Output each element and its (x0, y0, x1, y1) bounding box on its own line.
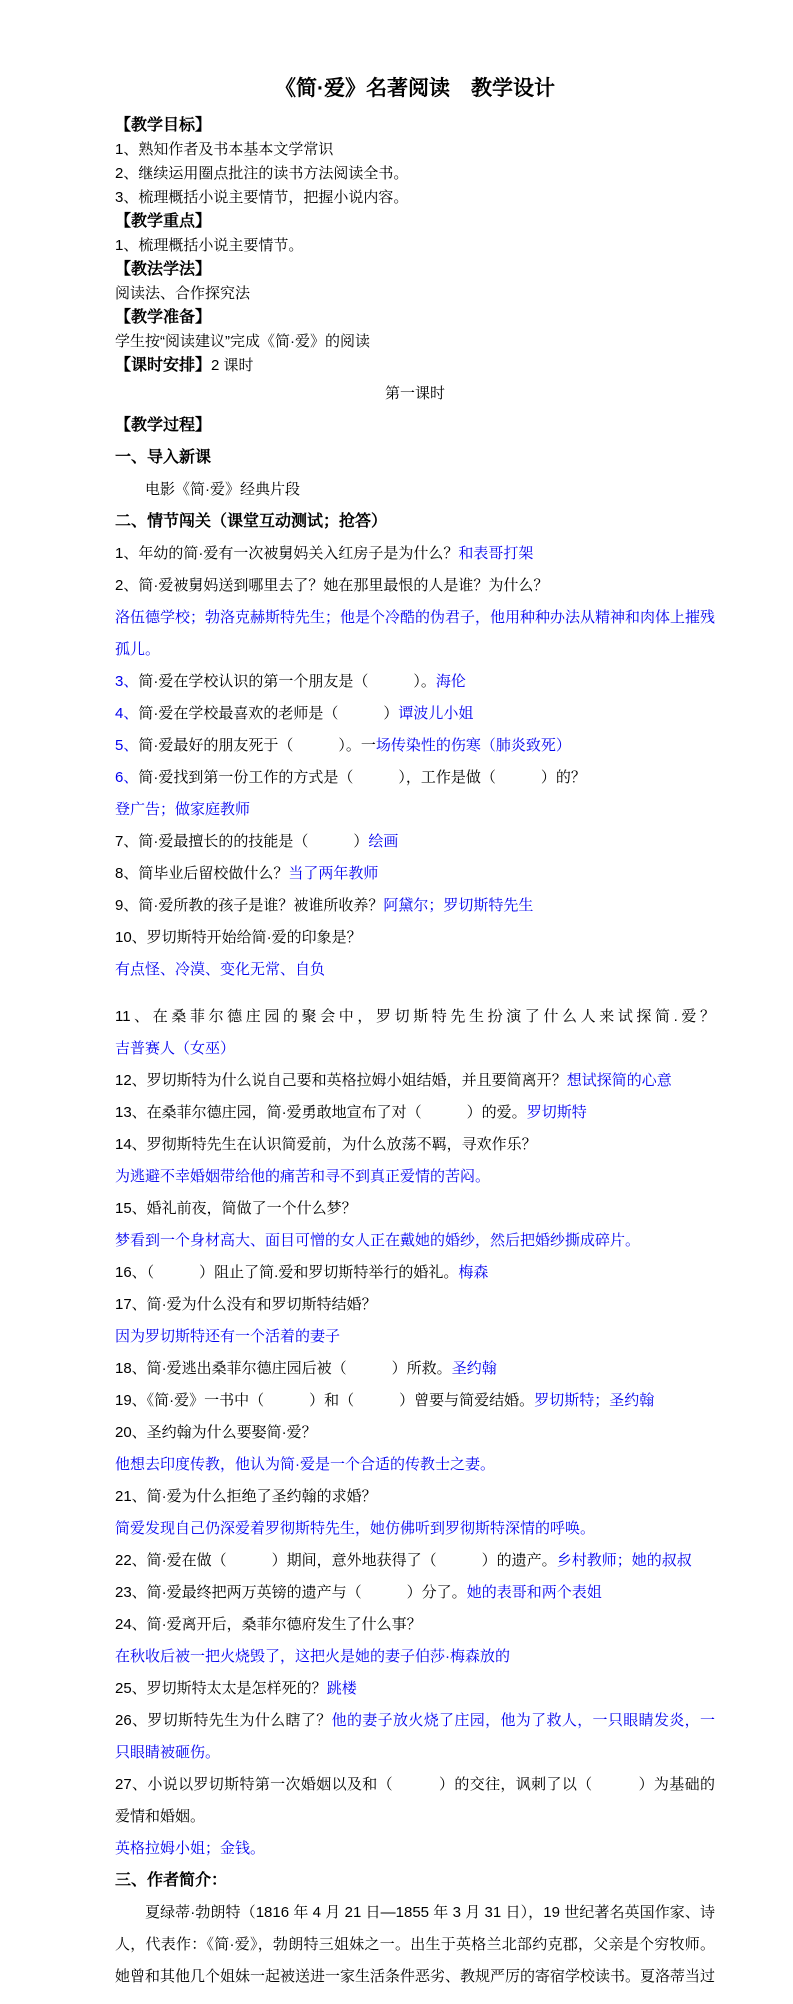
body-text: 23、简·爱最终把两万英镑的遗产与（ ）分了。 (115, 1584, 467, 1601)
author-intro-paragraph: 夏绿蒂·勃朗特（1816 年 4 月 21 日—1855 年 3 月 31 日）… (115, 1897, 715, 1993)
answer-text: 她的表哥和两个表姐 (467, 1584, 602, 1601)
body-text: 13、在桑菲尔德庄园，简·爱勇敢地宣布了对（ ）的爱。 (115, 1104, 527, 1121)
heading-teaching-preparation: 【教学准备】 (115, 306, 715, 330)
preparation-text: 学生按“阅读建议”完成《简·爱》的阅读 (115, 330, 715, 354)
body-text: 第一课时 (385, 385, 445, 402)
body-text: 简·爱最好的朋友死于（ ）。一 (138, 737, 376, 754)
body-text: 简·爱找到第一份工作的方式是（ ），工作是做（ ）的？ (138, 769, 586, 786)
answer-text: 罗切斯特 (527, 1104, 587, 1121)
answer-text: 罗切斯特；圣约翰 (534, 1392, 654, 1409)
answer-question-20: 他想去印度传教，他认为简·爱是一个合适的传教士之妻。 (115, 1449, 715, 1481)
body-text: 17、简·爱为什么没有和罗切斯特结婚？ (115, 1296, 377, 1313)
answer-text: 乡村教师；她的叔叔 (557, 1552, 692, 1569)
answer-text: 6、 (115, 769, 138, 786)
body-text: 2、简·爱被舅妈送到哪里去了？她在那里最恨的人是谁？为什么？ (115, 577, 548, 594)
objective-item-3: 3、梳理概括小说主要情节，把握小说内容。 (115, 186, 715, 210)
answer-text: 想试探简的心意 (567, 1072, 672, 1089)
answer-question-17: 因为罗切斯特还有一个活着的妻子 (115, 1321, 715, 1353)
body-text: 3、梳理概括小说主要情节，把握小说内容。 (115, 189, 408, 206)
answer-text: 阿黛尔；罗切斯特先生 (383, 897, 533, 914)
body-text: 1、年幼的简·爱有一次被舅妈关入红房子是为什么？ (115, 545, 458, 562)
answer-text: 场传染性的伤寒（肺炎致死） (376, 737, 571, 754)
answer-text: 梦看到一个身材高大、面目可憎的女人正在戴她的婚纱，然后把婚纱撕成碎片。 (115, 1232, 640, 1249)
question-11: 11、在桑菲尔德庄园的聚会中，罗切斯特先生扮演了什么人来试探简.爱？吉普赛人（女… (115, 1001, 715, 1065)
methods-text: 阅读法、合作探究法 (115, 282, 715, 306)
question-15: 15、婚礼前夜，简做了一个什么梦？ (115, 1193, 715, 1225)
question-6: 6、简·爱找到第一份工作的方式是（ ），工作是做（ ）的？ (115, 762, 715, 794)
body-text: 15、婚礼前夜，简做了一个什么梦？ (115, 1200, 357, 1217)
answer-text: 5、 (115, 737, 138, 754)
answer-text: 为逃避不幸婚姻带给他的痛苦和寻不到真正爱情的苦闷。 (115, 1168, 490, 1185)
answer-text: 圣约翰 (452, 1360, 497, 1377)
body-text: 19、《简·爱》一书中（ ）和（ ）曾要与简爱结婚。 (115, 1392, 534, 1409)
question-5: 5、简·爱最好的朋友死于（ ）。一场传染性的伤寒（肺炎致死） (115, 730, 715, 762)
answer-text: 登广告；做家庭教师 (115, 801, 250, 818)
answer-text: 海伦 (436, 673, 466, 690)
answer-text: 和表哥打架 (458, 545, 533, 562)
body-text: 三、作者简介： (115, 1872, 227, 1889)
answer-text: 3、 (115, 673, 138, 690)
question-8: 8、简毕业后留校做什么？当了两年教师 (115, 858, 715, 890)
body-text: 14、罗彻斯特先生在认识简爱前，为什么放荡不羁，寻欢作乐？ (115, 1136, 537, 1153)
question-10: 10、罗切斯特开始给简·爱的印象是？ (115, 922, 715, 954)
body-text: 学生按“阅读建议”完成《简·爱》的阅读 (115, 333, 370, 350)
heading-part-3-author-intro: 三、作者简介： (115, 1865, 715, 1897)
question-18: 18、简·爱逃出桑菲尔德庄园后被（ ）所救。圣约翰 (115, 1353, 715, 1385)
body-text: 简·爱在学校最喜欢的老师是（ ） (138, 705, 398, 722)
body-text: 【教学过程】 (115, 417, 211, 434)
body-text: 9、简·爱所教的孩子是谁？被谁所收养？ (115, 897, 383, 914)
answer-text: 梅森 (458, 1264, 488, 1281)
heading-teaching-objectives: 【教学目标】 (115, 114, 715, 138)
body-text: 21、简·爱为什么拒绝了圣约翰的求婚？ (115, 1488, 377, 1505)
heading-teaching-methods: 【教法学法】 (115, 258, 715, 282)
body-text: 2 课时 (211, 357, 254, 374)
question-9: 9、简·爱所教的孩子是谁？被谁所收养？阿黛尔；罗切斯特先生 (115, 890, 715, 922)
heading-part-2-plot-quiz: 二、情节闯关（课堂互动测试；抢答） (115, 506, 715, 538)
question-26: 26、罗切斯特先生为什么瞎了？他的妻子放火烧了庄园，他为了救人，一只眼睛发炎，一… (115, 1705, 715, 1769)
body-text: 10、罗切斯特开始给简·爱的印象是？ (115, 929, 362, 946)
body-text: 简·爱在学校认识的第一个朋友是（ ）。 (138, 673, 436, 690)
question-27: 27、小说以罗切斯特第一次婚姻以及和（ ）的交往，讽刺了以（ ）为基础的爱情和婚… (115, 1769, 715, 1833)
body-text: 12、罗切斯特为什么说自己要和英格拉姆小姐结婚，并且要简离开？ (115, 1072, 567, 1089)
body-text: 16、（ ）阻止了简.爱和罗切斯特举行的婚礼。 (115, 1264, 458, 1281)
question-14: 14、罗彻斯特先生在认识简爱前，为什么放荡不羁，寻欢作乐？ (115, 1129, 715, 1161)
body-text: 【课时安排】 (115, 357, 211, 374)
body-text: 8、简毕业后留校做什么？ (115, 865, 288, 882)
body-text: 二、情节闯关（课堂互动测试；抢答） (115, 513, 387, 530)
document-page: 《简·爱》名著阅读 教学设计 【教学目标】1、熟知作者及书本基本文学常识2、继续… (0, 0, 793, 2004)
body-text: 18、简·爱逃出桑菲尔德庄园后被（ ）所救。 (115, 1360, 452, 1377)
body-text: 2、继续运用圈点批注的读书方法阅读全书。 (115, 165, 408, 182)
body-text: 26、罗切斯特先生为什么瞎了？ (115, 1712, 332, 1729)
body-text: 24、简·爱离开后，桑菲尔德府发生了什么事？ (115, 1616, 422, 1633)
question-24: 24、简·爱离开后，桑菲尔德府发生了什么事？ (115, 1609, 715, 1641)
question-20: 20、圣约翰为什么要娶简·爱？ (115, 1417, 715, 1449)
body-text: 【教学目标】 (115, 117, 211, 134)
question-12: 12、罗切斯特为什么说自己要和英格拉姆小姐结婚，并且要简离开？想试探简的心意 (115, 1065, 715, 1097)
body-text: 【教法学法】 (115, 261, 211, 278)
answer-text: 英格拉姆小姐；金钱。 (115, 1840, 265, 1857)
answer-text: 洛伍德学校；勃洛克赫斯特先生；他是个冷酷的伪君子，他用种种办法从精神和肉体上摧残… (115, 609, 715, 658)
answer-text: 在秋收后被一把火烧毁了，这把火是她的妻子伯莎·梅森放的 (115, 1648, 510, 1665)
answer-text: 有点怪、冷漠、变化无常、自负 (115, 961, 325, 978)
key-point-item-1: 1、梳理概括小说主要情节。 (115, 234, 715, 258)
answer-question-15: 梦看到一个身材高大、面目可憎的女人正在戴她的婚纱，然后把婚纱撕成碎片。 (115, 1225, 715, 1257)
answer-question-24: 在秋收后被一把火烧毁了，这把火是她的妻子伯莎·梅森放的 (115, 1641, 715, 1673)
answer-text: 谭波儿小姐 (398, 705, 473, 722)
question-1: 1、年幼的简·爱有一次被舅妈关入红房子是为什么？和表哥打架 (115, 538, 715, 570)
question-21: 21、简·爱为什么拒绝了圣约翰的求婚？ (115, 1481, 715, 1513)
question-2: 2、简·爱被舅妈送到哪里去了？她在那里最恨的人是谁？为什么？ (115, 570, 715, 602)
body-text: 电影《简·爱》经典片段 (145, 481, 300, 498)
answer-question-10: 有点怪、冷漠、变化无常、自负 (115, 954, 715, 986)
answer-text: 当了两年教师 (288, 865, 378, 882)
answer-question-14: 为逃避不幸婚姻带给他的痛苦和寻不到真正爱情的苦闷。 (115, 1161, 715, 1193)
answer-text: 跳楼 (327, 1680, 357, 1697)
body-text: 11、在桑菲尔德庄园的聚会中，罗切斯特先生扮演了什么人来试探简.爱？ (115, 1008, 715, 1025)
body-text: 22、简·爱在做（ ）期间，意外地获得了（ ）的遗产。 (115, 1552, 557, 1569)
body-text: 1、熟知作者及书本基本文学常识 (115, 141, 333, 158)
body-text: 阅读法、合作探究法 (115, 285, 250, 302)
answer-question-6: 登广告；做家庭教师 (115, 794, 715, 826)
document-body: 【教学目标】1、熟知作者及书本基本文学常识2、继续运用圈点批注的读书方法阅读全书… (115, 114, 715, 1993)
question-17: 17、简·爱为什么没有和罗切斯特结婚？ (115, 1289, 715, 1321)
question-4: 4、简·爱在学校最喜欢的老师是（ ）谭波儿小姐 (115, 698, 715, 730)
document-title: 《简·爱》名著阅读 教学设计 (115, 74, 715, 104)
lead-in-content: 电影《简·爱》经典片段 (115, 474, 715, 506)
question-22: 22、简·爱在做（ ）期间，意外地获得了（ ）的遗产。乡村教师；她的叔叔 (115, 1545, 715, 1577)
body-text: 1、梳理概括小说主要情节。 (115, 237, 303, 254)
answer-text: 绘画 (368, 833, 398, 850)
body-text: 27、小说以罗切斯特第一次婚姻以及和（ ）的交往，讽刺了以（ ）为基础的爱情和婚… (115, 1776, 715, 1825)
answer-text: 他想去印度传教，他认为简·爱是一个合适的传教士之妻。 (115, 1456, 495, 1473)
question-23: 23、简·爱最终把两万英镑的遗产与（ ）分了。她的表哥和两个表姐 (115, 1577, 715, 1609)
first-period-title: 第一课时 (115, 378, 715, 410)
heading-teaching-key-points: 【教学重点】 (115, 210, 715, 234)
heading-part-1-lead-in: 一、导入新课 (115, 442, 715, 474)
question-3: 3、简·爱在学校认识的第一个朋友是（ ）。海伦 (115, 666, 715, 698)
body-text: 夏绿蒂·勃朗特（1816 年 4 月 21 日—1855 年 3 月 31 日）… (115, 1904, 715, 1985)
question-16: 16、（ ）阻止了简.爱和罗切斯特举行的婚礼。梅森 (115, 1257, 715, 1289)
answer-question-27: 英格拉姆小姐；金钱。 (115, 1833, 715, 1865)
answer-text: 吉普赛人（女巫） (115, 1040, 235, 1057)
question-25: 25、罗切斯特太太是怎样死的？跳楼 (115, 1673, 715, 1705)
body-text: 25、罗切斯特太太是怎样死的？ (115, 1680, 327, 1697)
objective-item-1: 1、熟知作者及书本基本文学常识 (115, 138, 715, 162)
objective-item-2: 2、继续运用圈点批注的读书方法阅读全书。 (115, 162, 715, 186)
answer-text: 4、 (115, 705, 138, 722)
body-text: 【教学重点】 (115, 213, 211, 230)
body-text: 【教学准备】 (115, 309, 211, 326)
answer-text: 简爱发现自己仍深爱着罗彻斯特先生，她仿佛听到罗彻斯特深情的呼唤。 (115, 1520, 595, 1537)
body-text: 一、导入新课 (115, 449, 211, 466)
heading-lesson-periods: 【课时安排】2 课时 (115, 354, 715, 378)
answer-text: 因为罗切斯特还有一个活着的妻子 (115, 1328, 340, 1345)
body-text: 20、圣约翰为什么要娶简·爱？ (115, 1424, 317, 1441)
answer-question-21: 简爱发现自己仍深爱着罗彻斯特先生，她仿佛听到罗彻斯特深情的呼唤。 (115, 1513, 715, 1545)
question-7: 7、简·爱最擅长的的技能是（ ）绘画 (115, 826, 715, 858)
heading-teaching-process: 【教学过程】 (115, 410, 715, 442)
answer-question-2: 洛伍德学校；勃洛克赫斯特先生；他是个冷酷的伪君子，他用种种办法从精神和肉体上摧残… (115, 602, 715, 666)
question-19: 19、《简·爱》一书中（ ）和（ ）曾要与简爱结婚。罗切斯特；圣约翰 (115, 1385, 715, 1417)
question-13: 13、在桑菲尔德庄园，简·爱勇敢地宣布了对（ ）的爱。罗切斯特 (115, 1097, 715, 1129)
body-text: 7、简·爱最擅长的的技能是（ ） (115, 833, 368, 850)
